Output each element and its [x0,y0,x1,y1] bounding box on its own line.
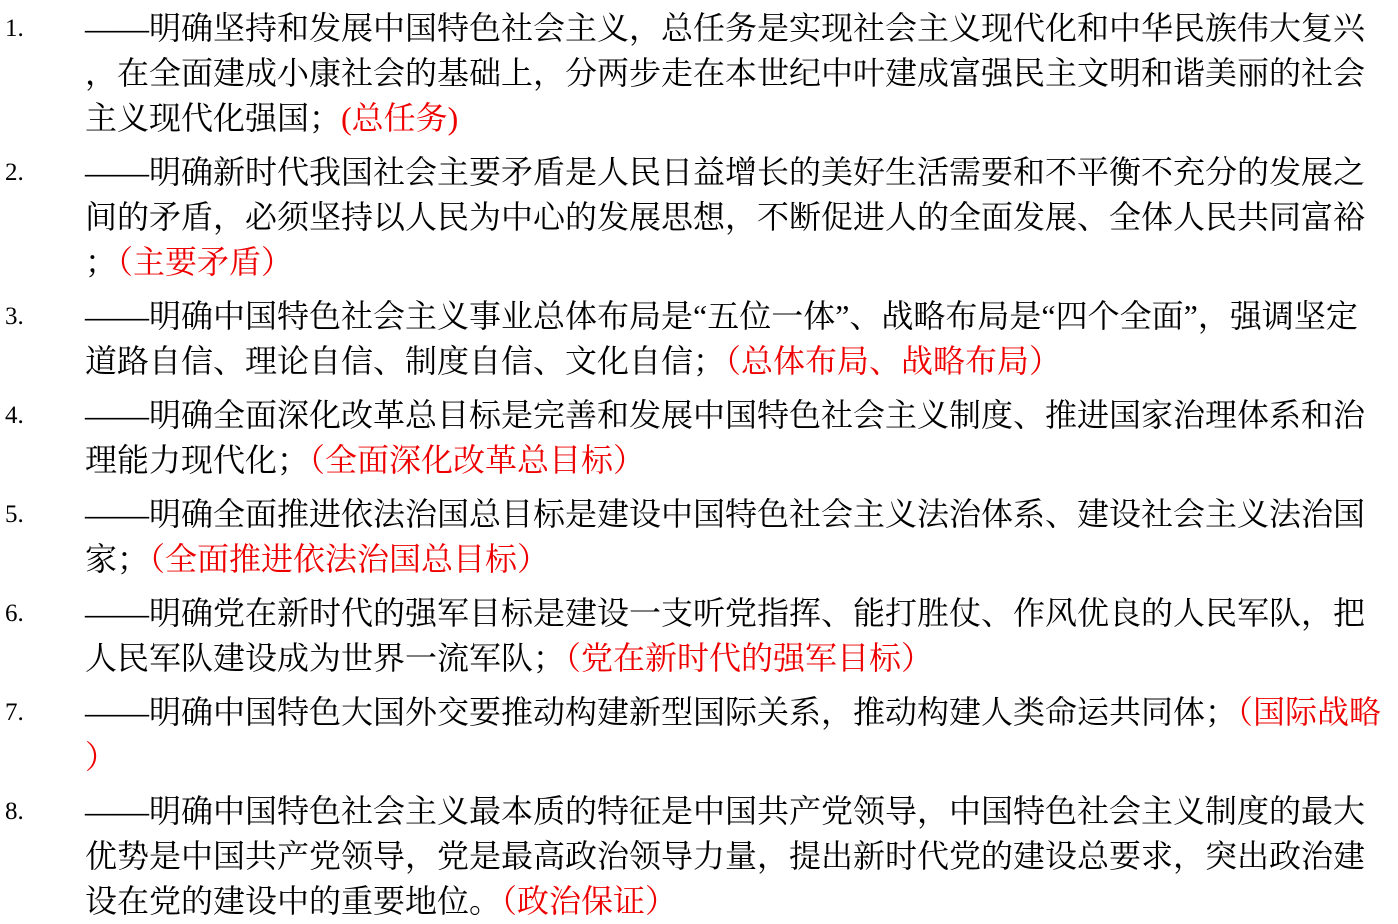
item-main-text: ——明确中国特色大国外交要推动构建新型国际关系，推动构建人类命运共同体； [85,694,1237,730]
item-text: ——明确中国特色社会主义事业总体布局是“五位一体”、战略布局是“四个全面”，强调… [85,294,1385,384]
item-number: 2. [5,160,24,185]
item-number: 3. [5,304,24,329]
list-item: 7. ——明确中国特色大国外交要推动构建新型国际关系，推动构建人类命运共同体；（… [0,690,1385,780]
item-annotation: （主要矛盾） [117,244,293,280]
list-item: 1. ——明确坚持和发展中国特色社会主义，总任务是实现社会主义现代化和中华民族伟… [0,6,1385,141]
item-number: 8. [5,799,24,824]
item-main-text: ——明确坚持和发展中国特色社会主义，总任务是实现社会主义现代化和中华民族伟大复兴… [85,10,1365,136]
item-text: ——明确坚持和发展中国特色社会主义，总任务是实现社会主义现代化和中华民族伟大复兴… [85,6,1385,141]
item-text: ——明确中国特色大国外交要推动构建新型国际关系，推动构建人类命运共同体；（国际战… [85,690,1385,780]
list-item: 6. ——明确党在新时代的强军目标是建设一支听党指挥、能打胜仗、作风优良的人民军… [0,591,1385,681]
item-number: 1. [5,16,24,41]
item-text: ——明确全面深化改革总目标是完善和发展中国特色社会主义制度、推进国家治理体系和治… [85,393,1385,483]
item-text: ——明确中国特色社会主义最本质的特征是中国共产党领导，中国特色社会主义制度的最大… [85,789,1385,924]
item-annotation: （党在新时代的强军目标） [565,640,933,676]
list-item: 2. ——明确新时代我国社会主要矛盾是人民日益增长的美好生活需要和不平衡不充分的… [0,150,1385,285]
item-number: 6. [5,601,24,626]
item-number: 7. [5,700,24,725]
item-main-text: ——明确全面深化改革总目标是完善和发展中国特色社会主义制度、推进国家治理体系和治… [85,397,1365,478]
item-text: ——明确党在新时代的强军目标是建设一支听党指挥、能打胜仗、作风优良的人民军队，把… [85,591,1385,681]
list-item: 3. ——明确中国特色社会主义事业总体布局是“五位一体”、战略布局是“四个全面”… [0,294,1385,384]
item-annotation: （政治保证） [501,883,677,919]
item-number: 4. [5,403,24,428]
list-item: 4. ——明确全面深化改革总目标是完善和发展中国特色社会主义制度、推进国家治理体… [0,393,1385,483]
item-main-text: ——明确中国特色社会主义事业总体布局是“五位一体”、战略布局是“四个全面”，强调… [85,298,1358,379]
item-annotation: （全面推进依法治国总目标） [149,541,549,577]
item-annotation: (总任务) [341,100,458,136]
item-main-text: ——明确中国特色社会主义最本质的特征是中国共产党领导，中国特色社会主义制度的最大… [85,793,1365,919]
item-annotation: （总体布局、战略布局） [725,343,1061,379]
item-text: ——明确全面推进依法治国总目标是建设中国特色社会主义法治体系、建设社会主义法治国… [85,492,1385,582]
list-item: 5. ——明确全面推进依法治国总目标是建设中国特色社会主义法治体系、建设社会主义… [0,492,1385,582]
item-text: ——明确新时代我国社会主要矛盾是人民日益增长的美好生活需要和不平衡不充分的发展之… [85,150,1385,285]
document-page: 1. ——明确坚持和发展中国特色社会主义，总任务是实现社会主义现代化和中华民族伟… [0,0,1398,924]
item-number: 5. [5,502,24,527]
item-annotation: （全面深化改革总目标） [309,442,645,478]
list-item: 8. ——明确中国特色社会主义最本质的特征是中国共产党领导，中国特色社会主义制度… [0,789,1385,924]
